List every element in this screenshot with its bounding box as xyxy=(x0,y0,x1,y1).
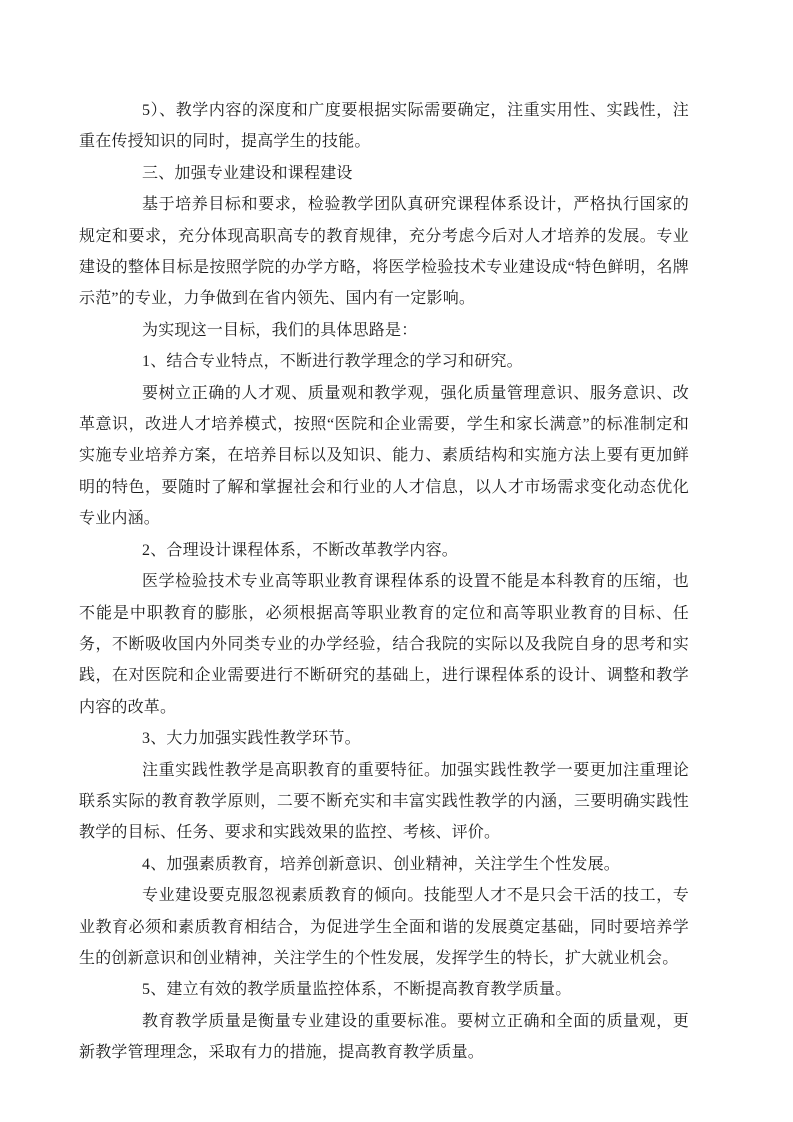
numbered-item-5-heading: 5、建立有效的教学质量监控体系，不断提高教育教学质量。 xyxy=(79,974,689,1005)
section-heading-3: 三、加强专业建设和课程建设 xyxy=(79,158,689,189)
paragraph-item-5-continuation: 5）、教学内容的深度和广度要根据实际需要确定，注重实用性、实践性，注重在传授知识… xyxy=(79,95,689,158)
paragraph-item-2-body: 医学检验技术专业高等职业教育课程体系的设置不能是本科教育的压缩，也不能是中职教育… xyxy=(79,566,689,723)
numbered-item-2-heading: 2、合理设计课程体系，不断改革教学内容。 xyxy=(79,535,689,566)
paragraph-item-5-body: 教育教学质量是衡量专业建设的重要标准。要树立正确和全面的质量观，更新教学管理理念… xyxy=(79,1006,689,1069)
paragraph-item-3-body: 注重实践性教学是高职教育的重要特征。加强实践性教学一要更加注重理论联系实际的教育… xyxy=(79,755,689,849)
numbered-item-1-heading: 1、结合专业特点，不断进行教学理念的学习和研究。 xyxy=(79,346,689,377)
document-body: 5）、教学内容的深度和广度要根据实际需要确定，注重实用性、实践性，注重在传授知识… xyxy=(79,95,689,1069)
document-page: 5）、教学内容的深度和广度要根据实际需要确定，注重实用性、实践性，注重在传授知识… xyxy=(0,0,793,1122)
numbered-item-4-heading: 4、加强素质教育，培养创新意识、创业精神，关注学生个性发展。 xyxy=(79,849,689,880)
numbered-item-3-heading: 3、大力加强实践性教学环节。 xyxy=(79,723,689,754)
paragraph-item-1-body: 要树立正确的人才观、质量观和教学观，强化质量管理意识、服务意识、改革意识，改进人… xyxy=(79,378,689,535)
paragraph-overall-goal: 基于培养目标和要求，检验教学团队真研究课程体系设计，严格执行国家的规定和要求，充… xyxy=(79,189,689,315)
paragraph-goal-intro: 为实现这一目标，我们的具体思路是： xyxy=(79,315,689,346)
paragraph-item-4-body: 专业建设要克服忽视素质教育的倾向。技能型人才不是只会干活的技工，专业教育必须和素… xyxy=(79,880,689,974)
